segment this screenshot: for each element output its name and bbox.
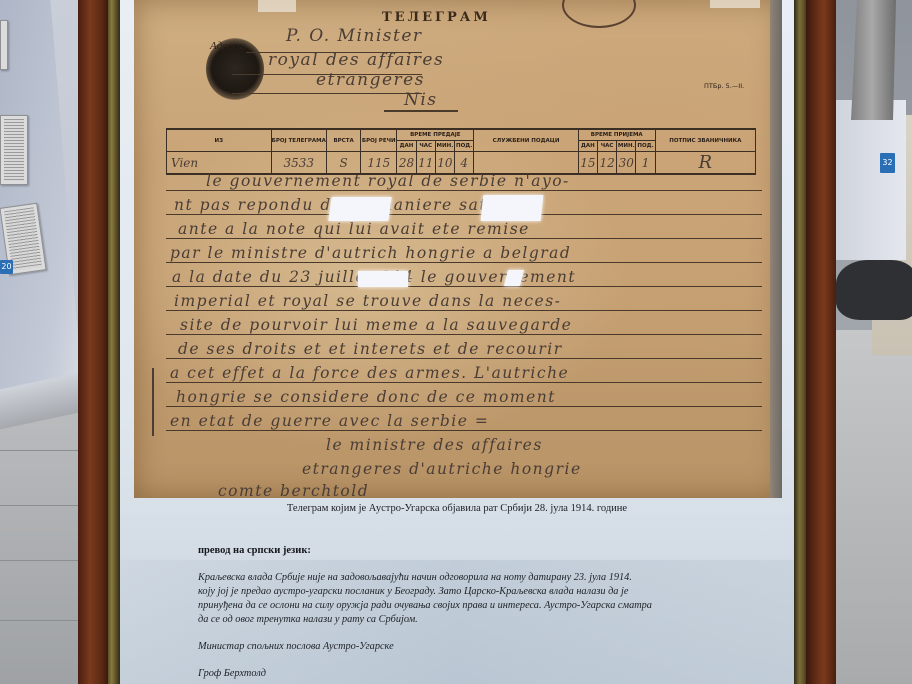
col-header-official-signature: ПОТПИС ЗВАНИЧНИКА: [655, 129, 755, 152]
form-code: ПТБр. 5.—II.: [704, 82, 744, 90]
telegram-document: ТЕЛЕГРАМ Адреса: P. O. Minister royal de…: [134, 0, 782, 498]
document-edge-shadow: [770, 0, 782, 498]
subheader-minute: МИН.: [435, 141, 454, 152]
signature-line: le ministre des affaires: [326, 436, 543, 454]
translation-heading: превод на српски језик:: [198, 545, 311, 556]
value-telegram-number: 3533: [271, 152, 326, 175]
exhibit-caption: Телеграм којим је Аустро-Угарска објавил…: [120, 503, 794, 514]
address-line-3: etrangeres: [316, 70, 425, 90]
address-line-4: Nis: [404, 90, 438, 110]
translation-line: коју јој је предао аустро-угарски послан…: [198, 585, 718, 599]
subheader-hour: ЧАС: [598, 141, 617, 152]
subheader-day: ДАН: [578, 141, 597, 152]
paper-patch: [258, 0, 296, 12]
address-line-2: royal des affaires: [268, 50, 444, 70]
subheader-period: ПОД.: [636, 141, 655, 152]
margin-annotation: [152, 368, 164, 436]
value-received-period: 1: [636, 152, 655, 175]
translation-signature-title: Министар спољних послова Аустро-Угарске: [198, 641, 394, 652]
glass-glare: [481, 195, 544, 221]
col-header-time-sent: ВРЕМЕ ПРЕДАЈЕ: [397, 129, 474, 141]
value-received-hour: 12: [598, 152, 617, 175]
frame-gold-trim-left: [106, 0, 120, 684]
value-from: Vien: [167, 152, 272, 175]
paper-patch: [710, 0, 760, 8]
message-line: ante a la note qui lui avait ete remise: [178, 220, 530, 238]
telegram-header-table: ИЗ БРОЈ ТЕЛЕГРАМА ВРСТА БРОЈ РЕЧИ ВРЕМЕ …: [166, 128, 756, 175]
value-official-signature: R: [655, 152, 755, 175]
telegram-form-title: ТЕЛЕГРАМ: [382, 10, 491, 25]
exhibit-number-badge-left: 20: [0, 260, 13, 274]
col-header-word-count: БРОЈ РЕЧИ: [361, 129, 397, 152]
col-header-official-data: СЛУЖБЕНИ ПОДАЦИ: [474, 129, 579, 152]
translation-line: принуђена да се ослони на силу оружја ра…: [198, 599, 718, 613]
message-line: de ses droits et et interets et de recou…: [178, 340, 563, 358]
dark-stone-exhibit: [836, 260, 912, 320]
value-received-minute: 30: [617, 152, 636, 175]
value-word-count: 115: [361, 152, 397, 175]
glass-glare: [328, 197, 391, 221]
white-pedestal: [836, 100, 906, 260]
postal-stamp-top: [562, 0, 636, 28]
subheader-minute: МИН.: [617, 141, 636, 152]
translation-text: Краљевска влада Србије није на задовољав…: [198, 571, 718, 627]
col-header-from: ИЗ: [167, 129, 272, 152]
value-sent-period: 4: [455, 152, 474, 175]
exhibit-number-badge-right: 32: [880, 153, 895, 173]
subheader-day: ДАН: [397, 141, 416, 152]
info-panel-left-2: [0, 115, 28, 185]
info-panel-left-1: [0, 20, 8, 70]
message-line: site de pourvoir lui meme a la sauvegard…: [180, 316, 572, 334]
translation-line: да се од овог тренутка налази у рату са …: [198, 613, 718, 627]
value-sent-minute: 10: [435, 152, 454, 175]
value-official-data: [474, 152, 579, 175]
message-line: a cet effet a la force des armes. L'autr…: [170, 364, 569, 382]
message-line: le gouvernement royal de serbie n'ayo-: [206, 172, 570, 190]
tiled-floor-right: [832, 330, 912, 684]
signature-line: comte berchtold: [218, 482, 369, 498]
value-sent-day: 28: [397, 152, 416, 175]
frame-wood-right: [806, 0, 836, 684]
subheader-hour: ЧАС: [416, 141, 435, 152]
col-header-telegram-number: БРОЈ ТЕЛЕГРАМА: [271, 129, 326, 152]
translation-line: Краљевска влада Србије није на задовољав…: [198, 571, 718, 585]
value-type: S: [327, 152, 361, 175]
message-line: en etat de guerre avec la serbie =: [170, 412, 489, 430]
message-line: par le ministre d'autrich hongrie a belg…: [170, 244, 571, 262]
address-line-1: P. O. Minister: [286, 26, 423, 46]
address-label: Адреса:: [210, 40, 246, 52]
signature-line: etrangeres d'autriche hongrie: [302, 460, 582, 478]
tiled-floor-left: [0, 410, 90, 684]
col-header-time-received: ВРЕМЕ ПРИЈЕМА: [578, 129, 655, 141]
message-line: imperial et royal se trouve dans la nece…: [174, 292, 561, 310]
value-received-day: 15: [578, 152, 597, 175]
glass-glare: [358, 271, 408, 287]
translation-signature-name: Гроф Берхтолд: [198, 668, 266, 679]
col-header-type: ВРСТА: [327, 129, 361, 152]
frame-wood-left: [78, 0, 108, 684]
value-sent-hour: 11: [416, 152, 435, 175]
message-line: hongrie se considere donc de ce moment: [176, 388, 556, 406]
subheader-period: ПОД.: [455, 141, 474, 152]
